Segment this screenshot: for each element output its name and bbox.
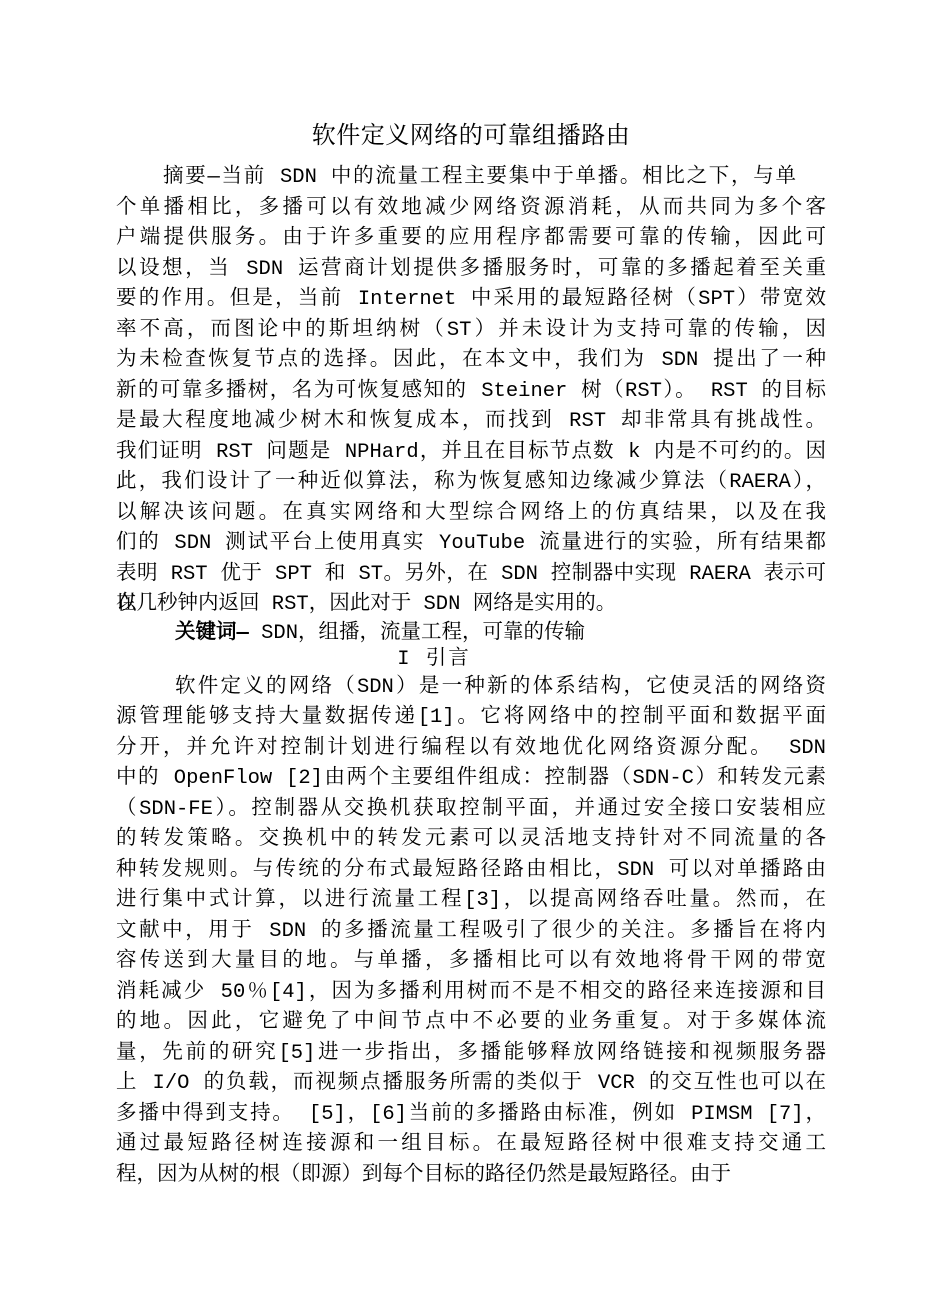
introduction-paragraph: 软件定义的网络（SDN）是一种新的体系结构，它使灵活的网络资源管理能够支持大量数… (116, 673, 826, 1192)
keywords-text: SDN，组播，流量工程，可靠的传输 (249, 622, 585, 645)
text-line: 表明 RST 优于 SPT 和 ST。另外，在 SDN 控制器中实现 RAERA… (116, 560, 826, 591)
text-line: 多播中得到支持。 [5]，[6]当前的多播路由标准，例如 PIMSM [7]， (116, 1100, 826, 1131)
section-heading-introduction: I 引言 (116, 647, 826, 673)
text-line: 软件定义的网络（SDN）是一种新的体系结构，它使灵活的网络资 (116, 673, 826, 704)
document-page: 软件定义网络的可靠组播路由 摘要—当前 SDN 中的流量工程主要集中于单播。相比… (0, 0, 926, 1309)
text-line: 上 I/O 的负载，而视频点播服务所需的类似于 VCR 的交互性也可以在 (116, 1069, 826, 1100)
text-line: 文献中，用于 SDN 的多播流量工程吸引了很少的关注。多播旨在将内 (116, 917, 826, 948)
text-line: 此，我们设计了一种近似算法，称为恢复感知边缘减少算法（RAERA）， (116, 468, 826, 499)
keywords-label: 关键词— (175, 622, 249, 645)
text-line: 户端提供服务。由于许多重要的应用程序都需要可靠的传输，因此可 (116, 224, 826, 255)
text-line: 个单播相比，多播可以有效地减少网络资源消耗，从而共同为多个客 (116, 194, 826, 225)
text-line: 我们证明 RST 问题是 NPHard，并且在目标节点数 k 内是不可约的。因 (116, 438, 826, 469)
text-line: 的地。因此，它避免了中间节点中不必要的业务重复。对于多媒体流 (116, 1008, 826, 1039)
text-line: 是最大程度地减少树木和恢复成本，而找到 RST 却非常具有挑战性。 (116, 407, 826, 438)
text-line: 消耗减少 50％[4]，因为多播利用树而不是不相交的路径来连接源和目 (116, 978, 826, 1009)
text-line: 要的作用。但是，当前 Internet 中采用的最短路径树（SPT）带宽效 (116, 285, 826, 316)
text-line: 为未检查恢复节点的选择。因此，在本文中，我们为 SDN 提出了一种 (116, 346, 826, 377)
text-line: （SDN-FE）。控制器从交换机获取控制平面，并通过安全接口安装相应 (116, 795, 826, 826)
text-line: 以设想，当 SDN 运营商计划提供多播服务时，可靠的多播起着至关重 (116, 255, 826, 286)
text-line: 容传送到大量目的地。与单播，多播相比可以有效地将骨干网的带宽 (116, 947, 826, 978)
abstract-paragraph: 摘要—当前 SDN 中的流量工程主要集中于单播。相比之下，与单个单播相比，多播可… (116, 163, 826, 621)
text-line: 通过最短路径树连接源和一组目标。在最短路径树中很难支持交通工 (116, 1130, 826, 1161)
text-line: 量，先前的研究[5]进一步指出，多播能够释放网络链接和视频服务器 (116, 1039, 826, 1070)
text-line: 程，因为从树的根（即源）到每个目标的路径仍然是最短路径。由于 (116, 1161, 826, 1192)
text-line: 进行集中式计算，以进行流量工程[3]，以提高网络吞吐量。然而，在 (116, 886, 826, 917)
text-line: 的转发策略。交换机中的转发元素可以灵活地支持针对不同流量的各 (116, 825, 826, 856)
text-line: 源管理能够支持大量数据传递[1]。它将网络中的控制平面和数据平面 (116, 703, 826, 734)
text-line: 在几秒钟内返回 RST，因此对于 SDN 网络是实用的。 (116, 590, 826, 621)
text-line: 种转发规则。与传统的分布式最短路径路由相比，SDN 可以对单播路由 (116, 856, 826, 887)
text-line: 们的 SDN 测试平台上使用真实 YouTube 流量进行的实验，所有结果都 (116, 529, 826, 560)
text-line: 摘要—当前 SDN 中的流量工程主要集中于单播。相比之下，与单 (116, 163, 826, 194)
keywords-line: 关键词— SDN，组播，流量工程，可靠的传输 (116, 621, 826, 647)
text-line: 分开，并允许对控制计划进行编程以有效地优化网络资源分配。 SDN (116, 734, 826, 765)
text-line: 中的 OpenFlow [2]由两个主要组件组成：控制器（SDN-C）和转发元素 (116, 764, 826, 795)
text-line: 新的可靠多播树，名为可恢复感知的 Steiner 树（RST）。 RST 的目标 (116, 377, 826, 408)
document-title: 软件定义网络的可靠组播路由 (116, 118, 826, 158)
text-line: 率不高，而图论中的斯坦纳树（ST）并未设计为支持可靠的传输，因 (116, 316, 826, 347)
text-line: 以解决该问题。在真实网络和大型综合网络上的仿真结果，以及在我 (116, 499, 826, 530)
document-content: 软件定义网络的可靠组播路由 摘要—当前 SDN 中的流量工程主要集中于单播。相比… (116, 118, 826, 1191)
